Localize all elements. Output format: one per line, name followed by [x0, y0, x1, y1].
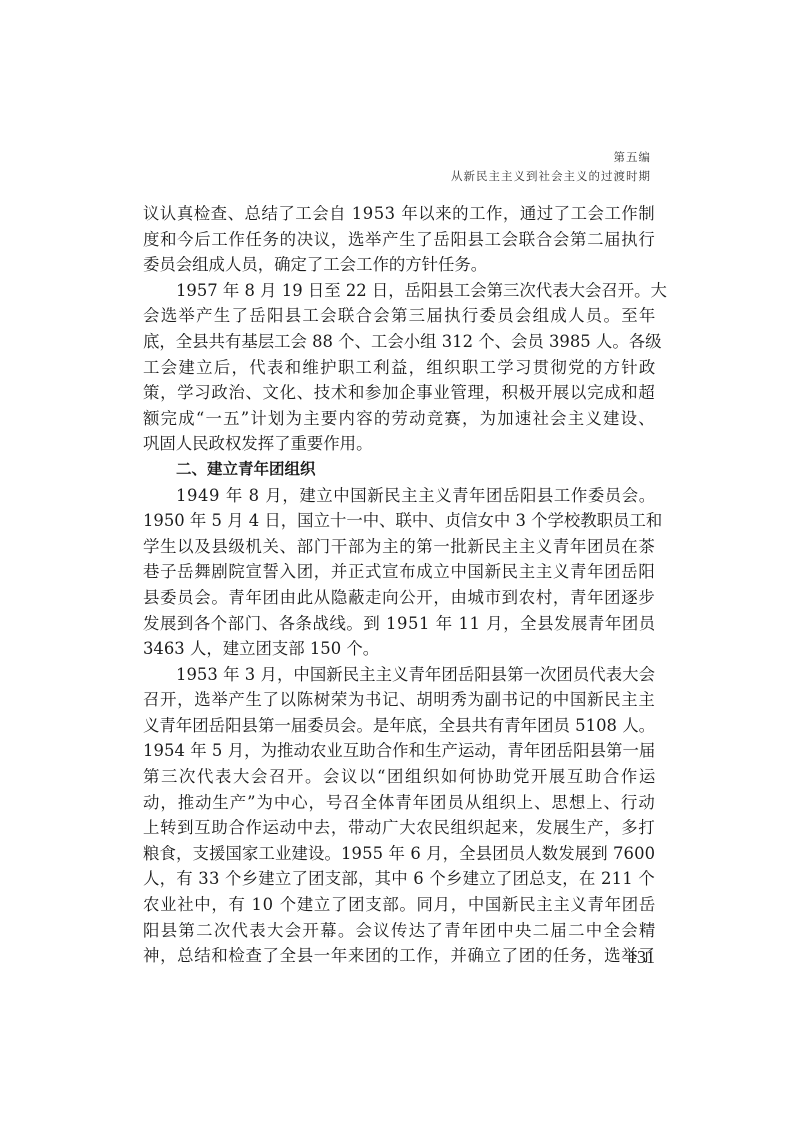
- text-line: 额完成“一五”计划为主要内容的劳动竞赛，为加速社会主义建设、: [143, 406, 655, 432]
- body-text: 议认真检查、总结了工会自 1953 年以来的工作，通过了工会工作制度和今后工作任…: [143, 201, 655, 969]
- text-line: 神，总结和检查了全县一年来团的工作，并确立了团的任务，选举了: [143, 943, 655, 969]
- text-line: 工会建立后，代表和维护职工利益，组织职工学习贯彻党的方针政: [143, 355, 655, 381]
- text-line: 1949 年 8 月，建立中国新民主主义青年团岳阳县工作委员会。: [143, 483, 655, 509]
- text-line: 上转到互助合作运动中去，带动广大农民组织起来，发展生产，多打: [143, 815, 655, 841]
- text-line: 1957 年 8 月 19 日至 22 日，岳阳县工会第三次代表大会召开。大: [143, 278, 655, 304]
- text-line: 粮食，支援国家工业建设。1955 年 6 月，全县团员人数发展到 7600: [143, 841, 655, 867]
- header-title: 从新民主主义到社会主义的过渡时期: [451, 167, 651, 186]
- text-line: 1953 年 3 月，中国新民主主义青年团岳阳县第一次团员代表大会: [143, 662, 655, 688]
- text-line: 1950 年 5 月 4 日，国立十一中、联中、贞信女中 3 个学校教职员工和: [143, 508, 655, 534]
- text-line: 召开，选举产生了以陈树荣为书记、胡明秀为副书记的中国新民主主: [143, 687, 655, 713]
- text-line: 义青年团岳阳县第一届委员会。是年底，全县共有青年团员 5108 人。: [143, 713, 655, 739]
- text-line: 巩固人民政权发挥了重要作用。: [143, 431, 655, 457]
- page-number: 131: [600, 947, 655, 968]
- text-line: 发展到各个部门、各条战线。到 1951 年 11 月，全县发展青年团员: [143, 611, 655, 637]
- text-line: 1954 年 5 月，为推动农业互助合作和生产运动，青年团岳阳县第一届: [143, 738, 655, 764]
- text-line: 议认真检查、总结了工会自 1953 年以来的工作，通过了工会工作制: [143, 201, 655, 227]
- running-header: 第五编 从新民主主义到社会主义的过渡时期: [451, 148, 651, 186]
- text-line: 第三次代表大会召开。会议以“团组织如何协助党开展互助合作运: [143, 764, 655, 790]
- text-line: 会选举产生了岳阳县工会联合会第三届执行委员会组成人员。至年: [143, 303, 655, 329]
- text-line: 度和今后工作任务的决议，选举产生了岳阳县工会联合会第二届执行: [143, 227, 655, 253]
- text-line: 学生以及县级机关、部门干部为主的第一批新民主主义青年团员在茶: [143, 534, 655, 560]
- text-line: 委员会组成人员，确定了工会工作的方针任务。: [143, 252, 655, 278]
- text-line: 县委员会。青年团由此从隐蔽走向公开，由城市到农村，青年团逐步: [143, 585, 655, 611]
- text-line: 人，有 33 个乡建立了团支部，其中 6 个乡建立了团总支，在 211 个: [143, 866, 655, 892]
- text-line: 动，推动生产”为中心，号召全体青年团员从组织上、思想上、行动: [143, 790, 655, 816]
- header-part: 第五编: [451, 148, 651, 167]
- section-heading: 二、建立青年团组织: [143, 457, 655, 483]
- text-line: 底，全县共有基层工会 88 个、工会小组 312 个、会员 3985 人。各级: [143, 329, 655, 355]
- text-line: 阳县第二次代表大会开幕。会议传达了青年团中央二届二中全会精: [143, 918, 655, 944]
- text-line: 农业社中，有 10 个建立了团支部。同月，中国新民主主义青年团岳: [143, 892, 655, 918]
- text-line: 3463 人，建立团支部 150 个。: [143, 636, 655, 662]
- text-line: 巷子岳舞剧院宣誓入团，并正式宣布成立中国新民主主义青年团岳阳: [143, 559, 655, 585]
- text-line: 策，学习政治、文化、技术和参加企事业管理，积极开展以完成和超: [143, 380, 655, 406]
